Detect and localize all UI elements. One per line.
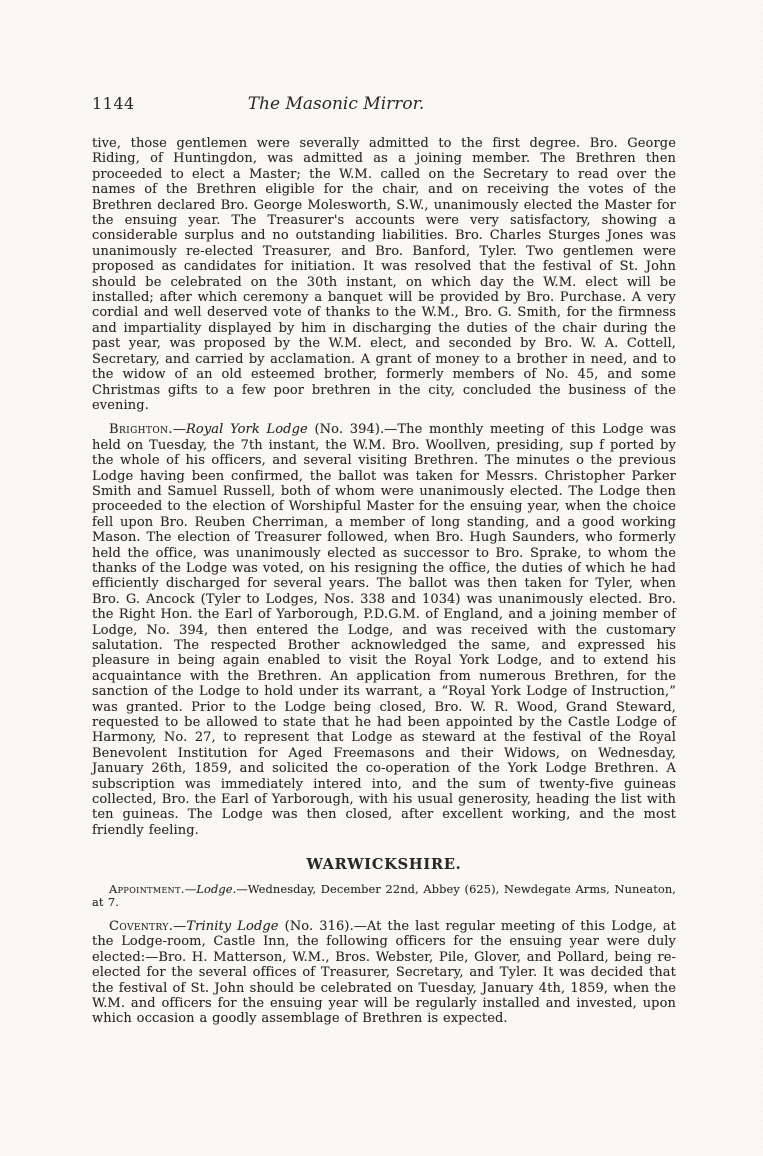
text-run: — [185, 882, 197, 896]
text-run: (No. 394).—The monthly meeting of this L… [92, 422, 676, 838]
lodge-name: Lodge. [196, 882, 236, 896]
article-body: tive, those gentlemen were severally adm… [92, 136, 676, 1027]
appointment-notice: Appointment.—Lodge.—Wednesday, December … [92, 883, 676, 910]
coventry-report-paragraph: Coventry.—Trinity Lodge (No. 316).—At th… [92, 919, 676, 1027]
text-run: (No. 316).—At the last regular meeting o… [92, 919, 676, 1026]
warwickshire-heading: WARWICKSHIRE. [92, 857, 676, 872]
text-run: — [173, 919, 186, 934]
place-label: Appointment. [109, 882, 185, 896]
running-header: 1144 The Masonic Mirror. [92, 94, 675, 120]
brighton-report-paragraph: Brighton.—Royal York Lodge (No. 394).—Th… [92, 422, 676, 838]
place-label: Brighton. [109, 422, 173, 437]
text-run: tive, those gentlemen were severally adm… [92, 136, 676, 413]
continuation-paragraph: tive, those gentlemen were severally adm… [92, 136, 676, 413]
text-run: — [173, 422, 186, 437]
lodge-name: Trinity Lodge [186, 919, 278, 934]
scanned-page: 1144 The Masonic Mirror. tive, those gen… [0, 0, 763, 1156]
lodge-name: Royal York Lodge [186, 422, 308, 437]
journal-title: The Masonic Mirror. [92, 94, 675, 114]
place-label: Coventry. [109, 919, 173, 934]
